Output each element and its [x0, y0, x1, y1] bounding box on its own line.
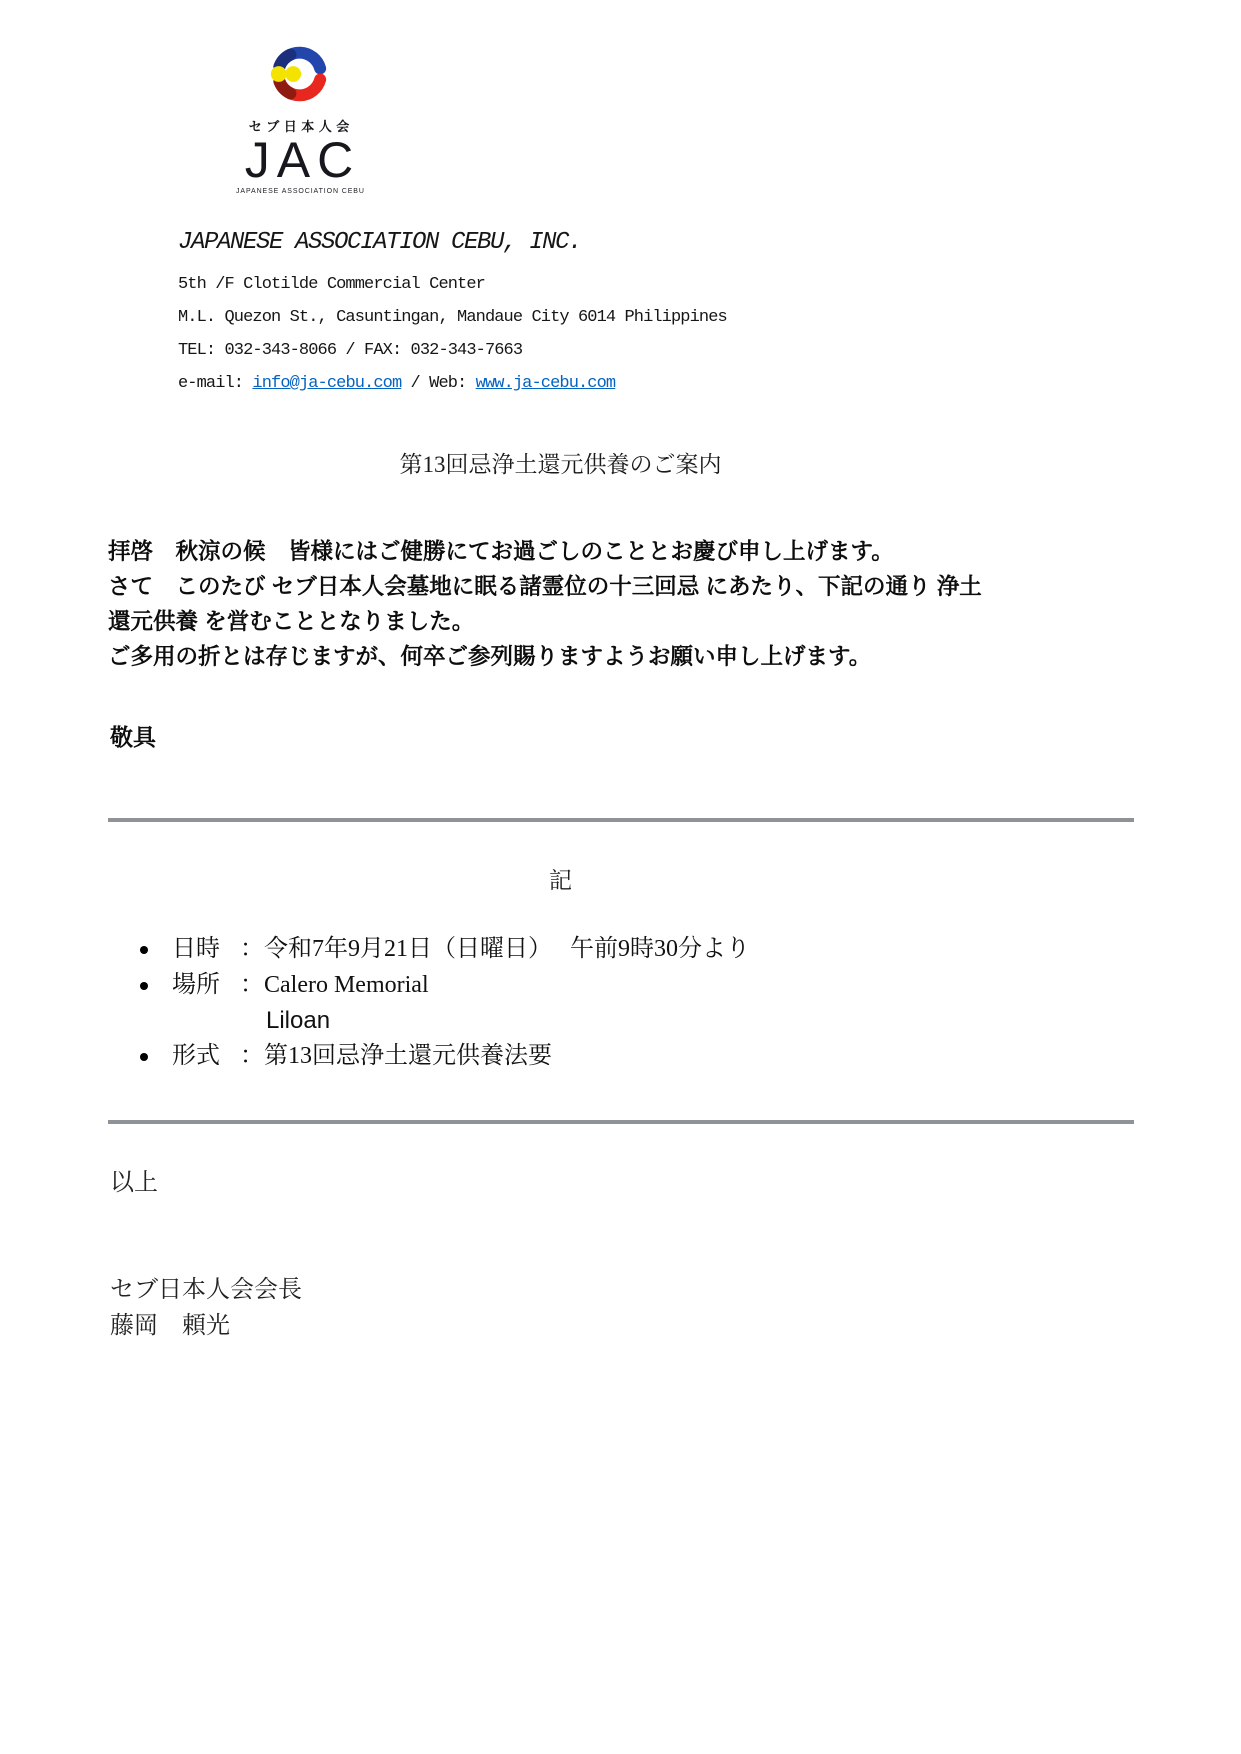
bullet-icon	[140, 1053, 148, 1061]
body-line-2: 還元供養 を営むこととなりました。	[108, 604, 1013, 639]
web-link[interactable]: www.ja-cebu.com	[476, 374, 616, 393]
list-item-format: 形式 ：第13回忌浄土還元供養法要	[140, 1039, 750, 1074]
request-line: ご多用の折とは存じますが、何卒ご参列賜りますようお願い申し上げます。	[108, 639, 1013, 674]
item-value: ：Calero Memorial	[240, 968, 429, 1003]
item-label: 形式	[172, 1039, 240, 1074]
email-link[interactable]: info@ja-cebu.com	[252, 374, 401, 393]
email-label: e-mail:	[178, 374, 252, 393]
signature-block: セブ日本人会会長 藤岡 頼光	[110, 1272, 302, 1344]
details-heading: 記	[108, 864, 1013, 897]
bullet-icon	[140, 982, 148, 990]
jac-logo-icon	[268, 42, 331, 110]
end-marker: 以上	[110, 1166, 158, 1201]
item-label: 日時	[172, 932, 240, 967]
document-title: 第13回忌浄土還元供養のご案内	[108, 448, 1013, 481]
signature-name: 藤岡 頼光	[110, 1308, 302, 1344]
signature-title: セブ日本人会会長	[110, 1272, 302, 1308]
greeting-line: 拝啓 秋涼の候 皆様にはご健勝にてお過ごしのこととお慶び申し上げます。	[108, 534, 1013, 569]
letter-body: 拝啓 秋涼の候 皆様にはご健勝にてお過ごしのこととお慶び申し上げます。 さて こ…	[108, 534, 1013, 674]
bullet-icon	[140, 946, 148, 954]
address-line-1: 5th /F Clotilde Commercial Center	[178, 268, 727, 301]
email-web-line: e-mail: info@ja-cebu.com / Web: www.ja-c…	[178, 367, 727, 400]
item-value: ：第13回忌浄土還元供養法要	[240, 1039, 552, 1074]
web-label: / Web:	[401, 374, 475, 393]
org-header: JAPANESE ASSOCIATION CEBU, INC. 5th /F C…	[178, 228, 727, 400]
item-value-secondary: Liloan	[266, 1003, 429, 1038]
section-divider-bottom	[108, 1120, 1134, 1124]
logo-acronym: JAC	[236, 135, 362, 185]
logo-subtitle: JAPANESE ASSOCIATION CEBU	[236, 188, 362, 195]
closing-word: 敬具	[110, 720, 156, 755]
item-label: 場所	[172, 968, 240, 1003]
org-name: JAPANESE ASSOCIATION CEBU, INC.	[178, 228, 727, 258]
list-item-place: 場所 ：Calero Memorial Liloan	[140, 968, 750, 1038]
body-line-1: さて このたび セブ日本人会墓地に眠る諸霊位の十三回忌 にあたり、下記の通り 浄…	[108, 569, 1013, 604]
item-value: ：令和7年9月21日（日曜日） 午前9時30分より	[240, 932, 750, 967]
phone-fax-line: TEL: 032-343-8066 / FAX: 032-343-7663	[178, 334, 727, 367]
section-divider-top	[108, 818, 1134, 822]
address-line-2: M.L. Quezon St., Casuntingan, Mandaue Ci…	[178, 301, 727, 334]
logo: セブ日本人会 JAC JAPANESE ASSOCIATION CEBU	[236, 42, 362, 195]
details-list: 日時 ：令和7年9月21日（日曜日） 午前9時30分より 場所 ：Calero …	[140, 932, 750, 1075]
letter-page: セブ日本人会 JAC JAPANESE ASSOCIATION CEBU JAP…	[0, 0, 1241, 1754]
list-item-date: 日時 ：令和7年9月21日（日曜日） 午前9時30分より	[140, 932, 750, 967]
